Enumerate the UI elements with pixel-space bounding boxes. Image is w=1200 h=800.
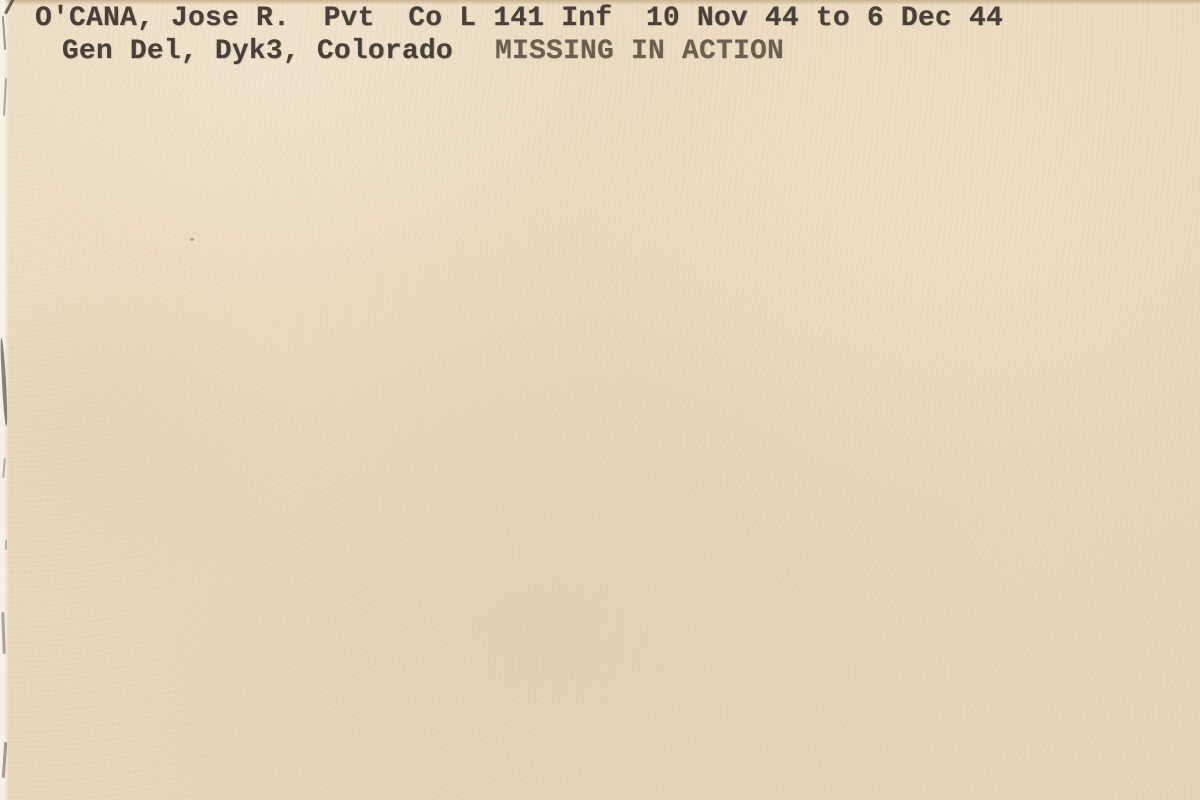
index-card: O'CANA, Jose R. Pvt Co L 141 Inf 10 Nov … [0,0,1200,800]
typed-text-block: O'CANA, Jose R. Pvt Co L 141 Inf 10 Nov … [35,2,1003,68]
scan-left-edge [0,0,9,800]
service-date-range: 10 Nov 44 to 6 Dec 44 [646,2,1003,35]
soldier-address: Gen Del, Dyk3, Colorado [62,35,453,68]
card-line-1: O'CANA, Jose R. Pvt Co L 141 Inf 10 Nov … [35,2,1003,35]
soldier-name: O'CANA, Jose R. [35,2,290,35]
torn-edge-mark [2,458,6,478]
card-line-2: Gen Del, Dyk3, Colorado MISSING IN ACTIO… [62,35,1003,68]
torn-edge-mark [3,78,7,116]
torn-edge-mark [0,338,8,426]
paper-speck [190,238,194,241]
soldier-unit: Co L 141 Inf [408,2,612,35]
torn-edge-mark [2,742,8,778]
status-missing-in-action: MISSING IN ACTION [495,35,784,68]
soldier-rank: Pvt [324,2,375,35]
torn-edge-mark [1,612,5,654]
torn-edge-mark [5,540,7,550]
torn-edge-mark [2,16,6,50]
paper-texture [0,0,1200,800]
